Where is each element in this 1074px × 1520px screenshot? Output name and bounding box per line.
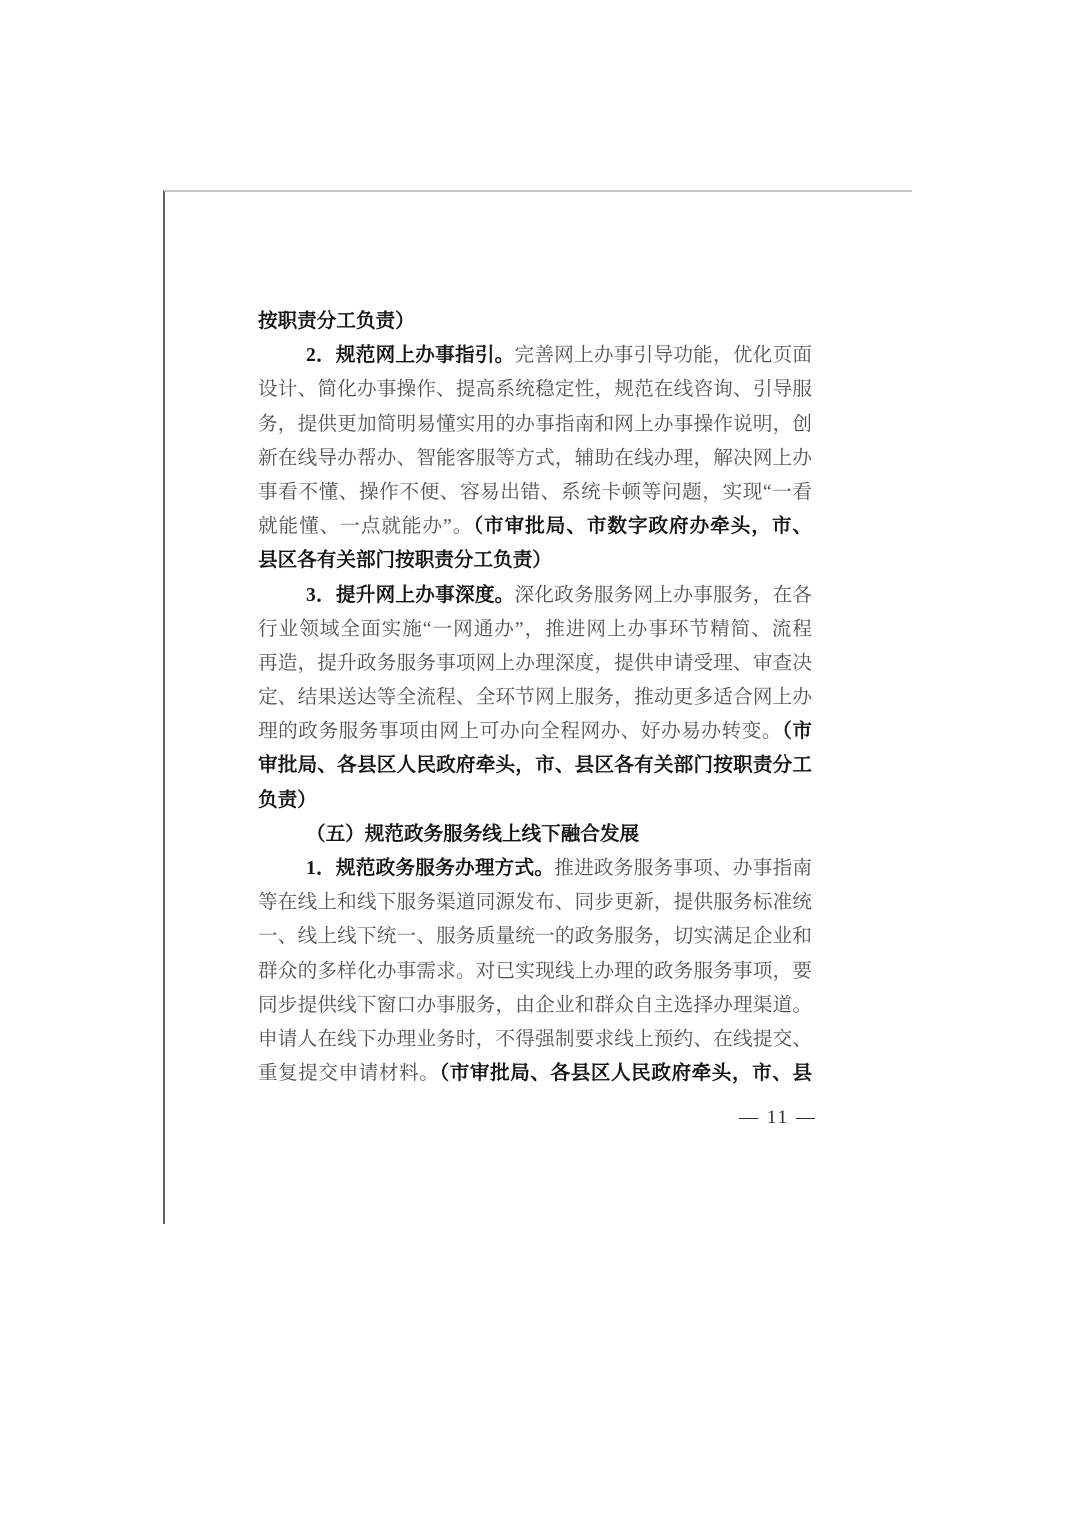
text-line: 理的政务服务事项由网上可办向全程网办、好办易办转变。（市: [258, 715, 812, 749]
text-segment-bold: 1．规范政务服务办理方式。: [306, 858, 554, 879]
text-segment-regular: 行业领域全面实施“一网通办”，推进网上办事环节精简、流程: [258, 619, 812, 640]
text-line: 定、结果送达等全流程、全环节网上服务，推动更多适合网上办: [258, 681, 812, 715]
text-segment-bold: 2．规范网上办事指引。: [306, 345, 515, 366]
text-line: 务，提供更加简明易懂实用的办事指南和网上办事操作说明，创: [258, 408, 812, 442]
text-segment-regular: 新在线导办帮办、智能客服等方式，辅助在线办理，解决网上办: [258, 448, 812, 469]
text-line: 负责）: [258, 784, 812, 818]
text-line: 再造，提升政务服务事项网上办理深度，提供申请受理、审查决: [258, 647, 812, 681]
text-segment-bold: 3．提升网上办事深度。: [306, 585, 515, 606]
text-line: 按职责分工负责）: [258, 305, 812, 339]
document-text-block: 按职责分工负责）2．规范网上办事指引。完善网上办事引导功能，优化页面设计、简化办…: [258, 305, 812, 1091]
text-line: 一、线上线下统一、服务质量统一的政务服务，切实满足企业和: [258, 920, 812, 954]
text-segment-regular: 就能懂、一点就能办”。: [258, 516, 473, 537]
text-line: 设计、简化办事操作、提高系统稳定性，规范在线咨询、引导服: [258, 373, 812, 407]
text-segment-regular: 群众的多样化办事需求。对已实现线上办理的政务服务事项，要: [258, 961, 812, 982]
text-line: 事看不懂、操作不便、容易出错、系统卡顿等问题，实现“一看: [258, 476, 812, 510]
text-line: 3．提升网上办事深度。深化政务服务网上办事服务，在各: [258, 579, 812, 613]
text-line: 重复提交申请材料。（市审批局、各县区人民政府牵头，市、县: [258, 1057, 812, 1091]
text-segment-bold: （市: [782, 721, 812, 742]
text-segment-bold: （五）规范政务服务线上线下融合发展: [306, 824, 639, 845]
text-segment-regular: 深化政务服务网上办事服务，在各: [515, 585, 812, 606]
text-line: 新在线导办帮办、智能客服等方式，辅助在线办理，解决网上办: [258, 442, 812, 476]
text-segment-bold: 审批局、各县区人民政府牵头，市、县区各有关部门按职责分工: [258, 755, 812, 776]
text-line: 县区各有关部门按职责分工负责）: [258, 544, 812, 578]
text-segment-regular: 同步提供线下窗口办事服务，由企业和群众自主选择办理渠道。: [258, 995, 812, 1016]
text-line: 就能懂、一点就能办”。（市审批局、市数字政府办牵头，市、: [258, 510, 812, 544]
text-segment-regular: 理的政务服务事项由网上可办向全程网办、好办易办转变。: [258, 721, 782, 742]
text-line: （五）规范政务服务线上线下融合发展: [258, 818, 812, 852]
text-segment-regular: 申请人在线下办理业务时，不得强制要求线上预约、在线提交、: [258, 1029, 812, 1050]
text-segment-regular: 推进政务服务事项、办事指南: [554, 858, 812, 879]
text-segment-regular: 等在线上和线下服务渠道同源发布、同步更新，提供服务标准统: [258, 892, 812, 913]
text-segment-bold: 按职责分工负责）: [258, 311, 415, 332]
text-segment-bold: 县区各有关部门按职责分工负责）: [258, 550, 552, 571]
text-segment-regular: 设计、简化办事操作、提高系统稳定性，规范在线咨询、引导服: [258, 379, 812, 400]
text-line: 群众的多样化办事需求。对已实现线上办理的政务服务事项，要: [258, 955, 812, 989]
text-segment-regular: 务，提供更加简明易懂实用的办事指南和网上办事操作说明，创: [258, 414, 812, 435]
text-segment-bold: （市审批局、市数字政府办牵头，市、: [473, 516, 812, 537]
text-segment-regular: 重复提交申请材料。: [258, 1063, 439, 1084]
text-segment-bold: （市审批局、各县区人民政府牵头，市、县: [439, 1063, 812, 1084]
text-line: 2．规范网上办事指引。完善网上办事引导功能，优化页面: [258, 339, 812, 373]
text-segment-regular: 定、结果送达等全流程、全环节网上服务，推动更多适合网上办: [258, 687, 812, 708]
text-line: 审批局、各县区人民政府牵头，市、县区各有关部门按职责分工: [258, 749, 812, 783]
text-segment-regular: 完善网上办事引导功能，优化页面: [515, 345, 812, 366]
text-line: 行业领域全面实施“一网通办”，推进网上办事环节精简、流程: [258, 613, 812, 647]
text-segment-bold: 负责）: [258, 790, 317, 811]
text-line: 1．规范政务服务办理方式。推进政务服务事项、办事指南: [258, 852, 812, 886]
text-line: 等在线上和线下服务渠道同源发布、同步更新，提供服务标准统: [258, 886, 812, 920]
text-segment-regular: 一、线上线下统一、服务质量统一的政务服务，切实满足企业和: [258, 926, 812, 947]
text-line: 同步提供线下窗口办事服务，由企业和群众自主选择办理渠道。: [258, 989, 812, 1023]
text-segment-regular: 事看不懂、操作不便、容易出错、系统卡顿等问题，实现“一看: [258, 482, 812, 503]
document-page: 按职责分工负责）2．规范网上办事指引。完善网上办事引导功能，优化页面设计、简化办…: [163, 190, 912, 1224]
page-number: — 11 —: [718, 1101, 838, 1135]
text-line: 申请人在线下办理业务时，不得强制要求线上预约、在线提交、: [258, 1023, 812, 1057]
text-segment-regular: 再造，提升政务服务事项网上办理深度，提供申请受理、审查决: [258, 653, 812, 674]
